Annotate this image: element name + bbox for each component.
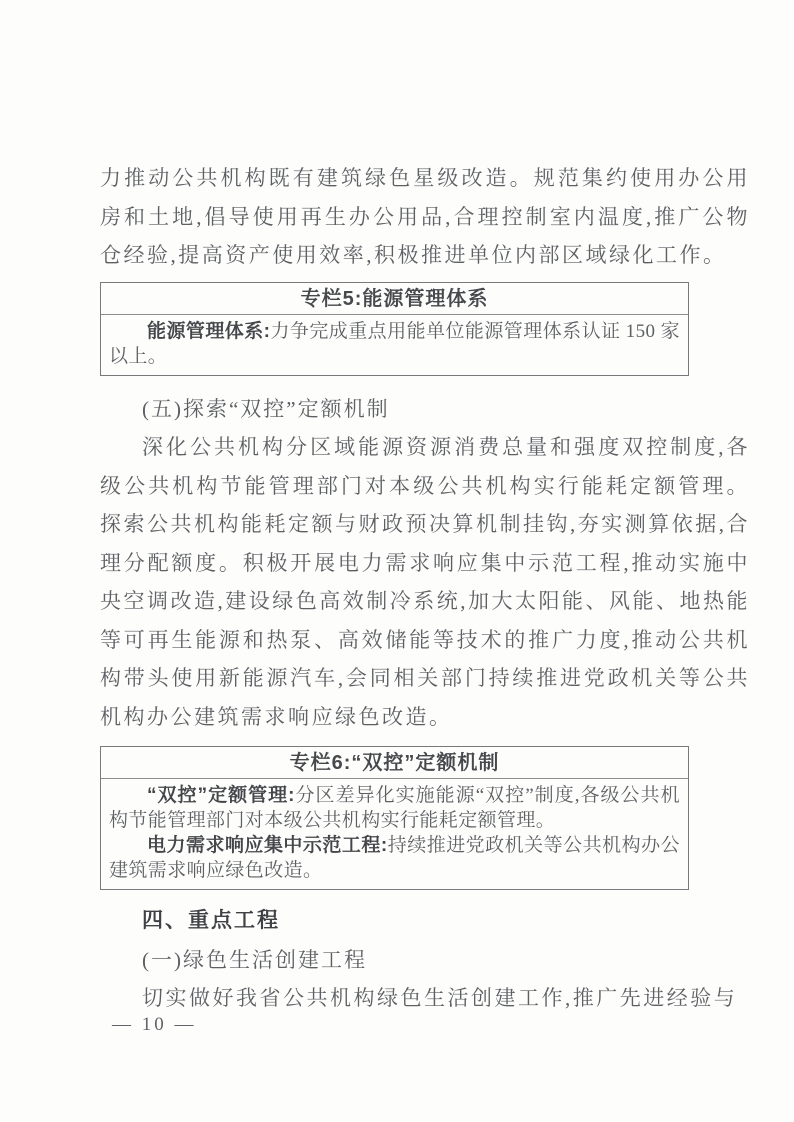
box-6-item-1: “双控”定额管理:分区差异化实施能源“双控”制度,各级公共机构节能管理部门对本级… — [109, 783, 680, 833]
box-5-title: 专栏5:能源管理体系 — [101, 283, 688, 315]
box-6-body: “双控”定额管理:分区差异化实施能源“双控”制度,各级公共机构节能管理部门对本级… — [101, 779, 688, 889]
section-heading-5: (五)探索“双控”定额机制 — [100, 390, 750, 429]
document-page: 力推动公共机构既有建筑绿色星级改造。规范集约使用办公用房和土地,倡导使用再生办公… — [0, 0, 794, 1122]
box-6-title: 专栏6:“双控”定额机制 — [101, 747, 688, 779]
paragraph-continuation: 力推动公共机构既有建筑绿色星级改造。规范集约使用办公用房和土地,倡导使用再生办公… — [100, 159, 750, 275]
page-number: — 10 — — [112, 1014, 197, 1036]
box-6-item-2: 电力需求响应集中示范工程:持续推进党政机关等公共机构办公建筑需求响应绿色改造。 — [109, 833, 680, 883]
column-box-6: 专栏6:“双控”定额机制 “双控”定额管理:分区差异化实施能源“双控”制度,各级… — [100, 746, 689, 890]
column-box-5: 专栏5:能源管理体系 能源管理体系:力争完成重点用能单位能源管理体系认证 150… — [100, 282, 689, 376]
box-5-item: 能源管理体系:力争完成重点用能单位能源管理体系认证 150 家以上。 — [109, 319, 680, 369]
content-area: 力推动公共机构既有建筑绿色星级改造。规范集约使用办公用房和土地,倡导使用再生办公… — [100, 0, 750, 1018]
box-5-body: 能源管理体系:力争完成重点用能单位能源管理体系认证 150 家以上。 — [101, 315, 688, 375]
paragraph-section-1: 切实做好我省公共机构绿色生活创建工作,推广先进经验与 — [100, 979, 750, 1018]
box-item-lead: 能源管理体系: — [147, 321, 270, 342]
section-heading-1: (一)绿色生活创建工程 — [100, 941, 750, 980]
box-item-lead: “双控”定额管理: — [147, 785, 295, 806]
chapter-heading-4: 四、重点工程 — [100, 902, 750, 941]
box-item-lead: 电力需求响应集中示范工程: — [147, 835, 388, 856]
paragraph-section-5: 深化公共机构分区域能源资源消费总量和强度双控制度,各级公共机构节能管理部门对本级… — [100, 428, 750, 736]
